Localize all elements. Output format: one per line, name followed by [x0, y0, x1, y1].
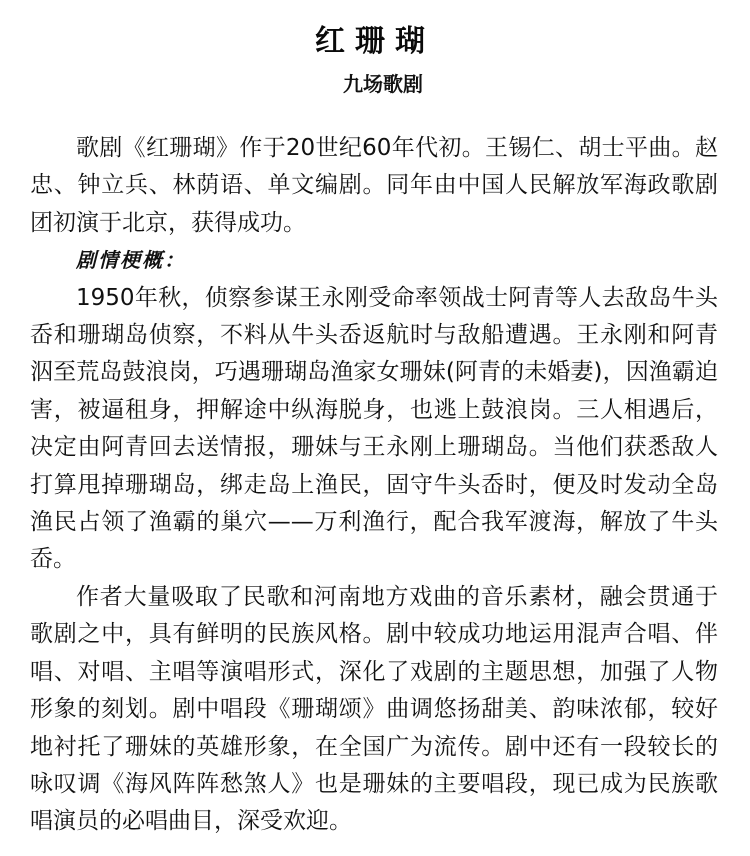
synopsis-heading: 剧情梗概：	[30, 242, 718, 279]
article-body: 歌剧《红珊瑚》作于20世纪60年代初。王锡仁、胡士平曲。赵忠、钟立兵、林荫语、单…	[30, 130, 718, 841]
analysis-paragraph: 作者大量吸取了民歌和河南地方戏曲的音乐素材，融会贯通于歌剧之中，具有鲜明的民族风…	[30, 579, 718, 841]
page-title: 红珊瑚	[0, 22, 750, 62]
page-subtitle: 九场歌剧	[0, 70, 750, 98]
intro-paragraph: 歌剧《红珊瑚》作于20世纪60年代初。王锡仁、胡士平曲。赵忠、钟立兵、林荫语、单…	[30, 130, 718, 242]
synopsis-paragraph: 1950年秋，侦察参谋王永刚受命率领战士阿青等人去敌岛牛头岙和珊瑚岛侦察，不料从…	[30, 280, 718, 579]
